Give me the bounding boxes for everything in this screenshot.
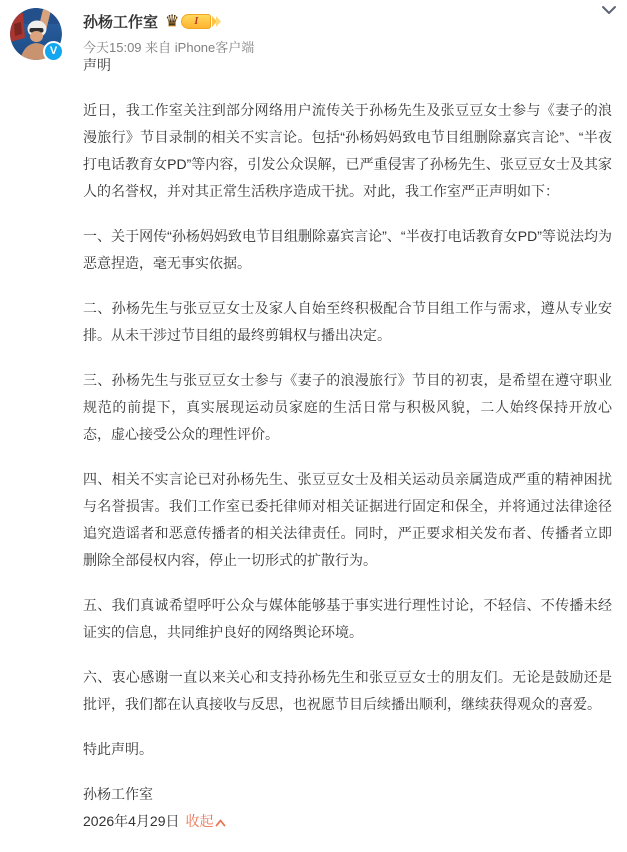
statement-title: 声明 (83, 52, 612, 79)
statement-paragraph: 六、衷心感谢一直以来关心和支持孙杨先生和张豆豆女士的朋友们。无论是鼓励还是批评，… (83, 664, 612, 718)
statement-paragraph: 五、我们真诚希望呼吁公众与媒体能够基于事实进行理性讨论，不轻信、不传播未经证实的… (83, 592, 612, 646)
post-content: 声明 近日，我工作室关注到部分网络用户流传关于孙杨先生及张豆豆女士参与《妻子的浪… (83, 52, 612, 852)
statement-closing: 特此声明。 (83, 736, 612, 763)
statement-paragraph: 四、相关不实言论已对孙杨先生、张豆豆女士及相关运动员亲属造成严重的精神困扰与名誉… (83, 466, 612, 574)
post-header: 孙杨工作室 ♛ I 今天15:09 来自 iPhone客户端 (83, 11, 587, 56)
vip-level-badge: I (181, 14, 211, 29)
collapse-label: 收起 (186, 813, 214, 829)
post-date: 2026年4月29日 (83, 813, 180, 829)
statement-paragraph: 三、孙杨先生与张豆豆女士参与《妻子的浪漫旅行》节目的初衷，是希望在遵守职业规范的… (83, 367, 612, 448)
weibo-post: V 孙杨工作室 ♛ I 今天15:09 来自 iPhone客户端 (0, 0, 627, 852)
statement-paragraph: 二、孙杨先生与张豆豆女士及家人自始至终积极配合节目组工作与需求，遵从专业安排。从… (83, 295, 612, 349)
statement-paragraph: 一、关于网传“孙杨妈妈致电节目组删除嘉宾言论”、“半夜打电话教育女PD”等说法均… (83, 223, 612, 277)
vip-badge-tail-icon (212, 15, 221, 28)
chevron-down-icon[interactable] (601, 5, 617, 15)
crown-icon: ♛ (165, 13, 179, 30)
avatar[interactable]: V (10, 8, 62, 60)
statement-paragraph: 近日，我工作室关注到部分网络用户流传关于孙杨先生及张豆豆女士参与《妻子的浪漫旅行… (83, 97, 612, 205)
username[interactable]: 孙杨工作室 (83, 11, 158, 32)
signature: 孙杨工作室 (83, 781, 612, 808)
signature-block: 孙杨工作室 2026年4月29日收起 (83, 781, 612, 835)
vip-badge[interactable]: ♛ I (165, 13, 221, 30)
verified-badge-icon: V (43, 41, 64, 62)
collapse-link[interactable]: 收起 (186, 813, 226, 829)
chevron-up-icon (215, 819, 226, 827)
